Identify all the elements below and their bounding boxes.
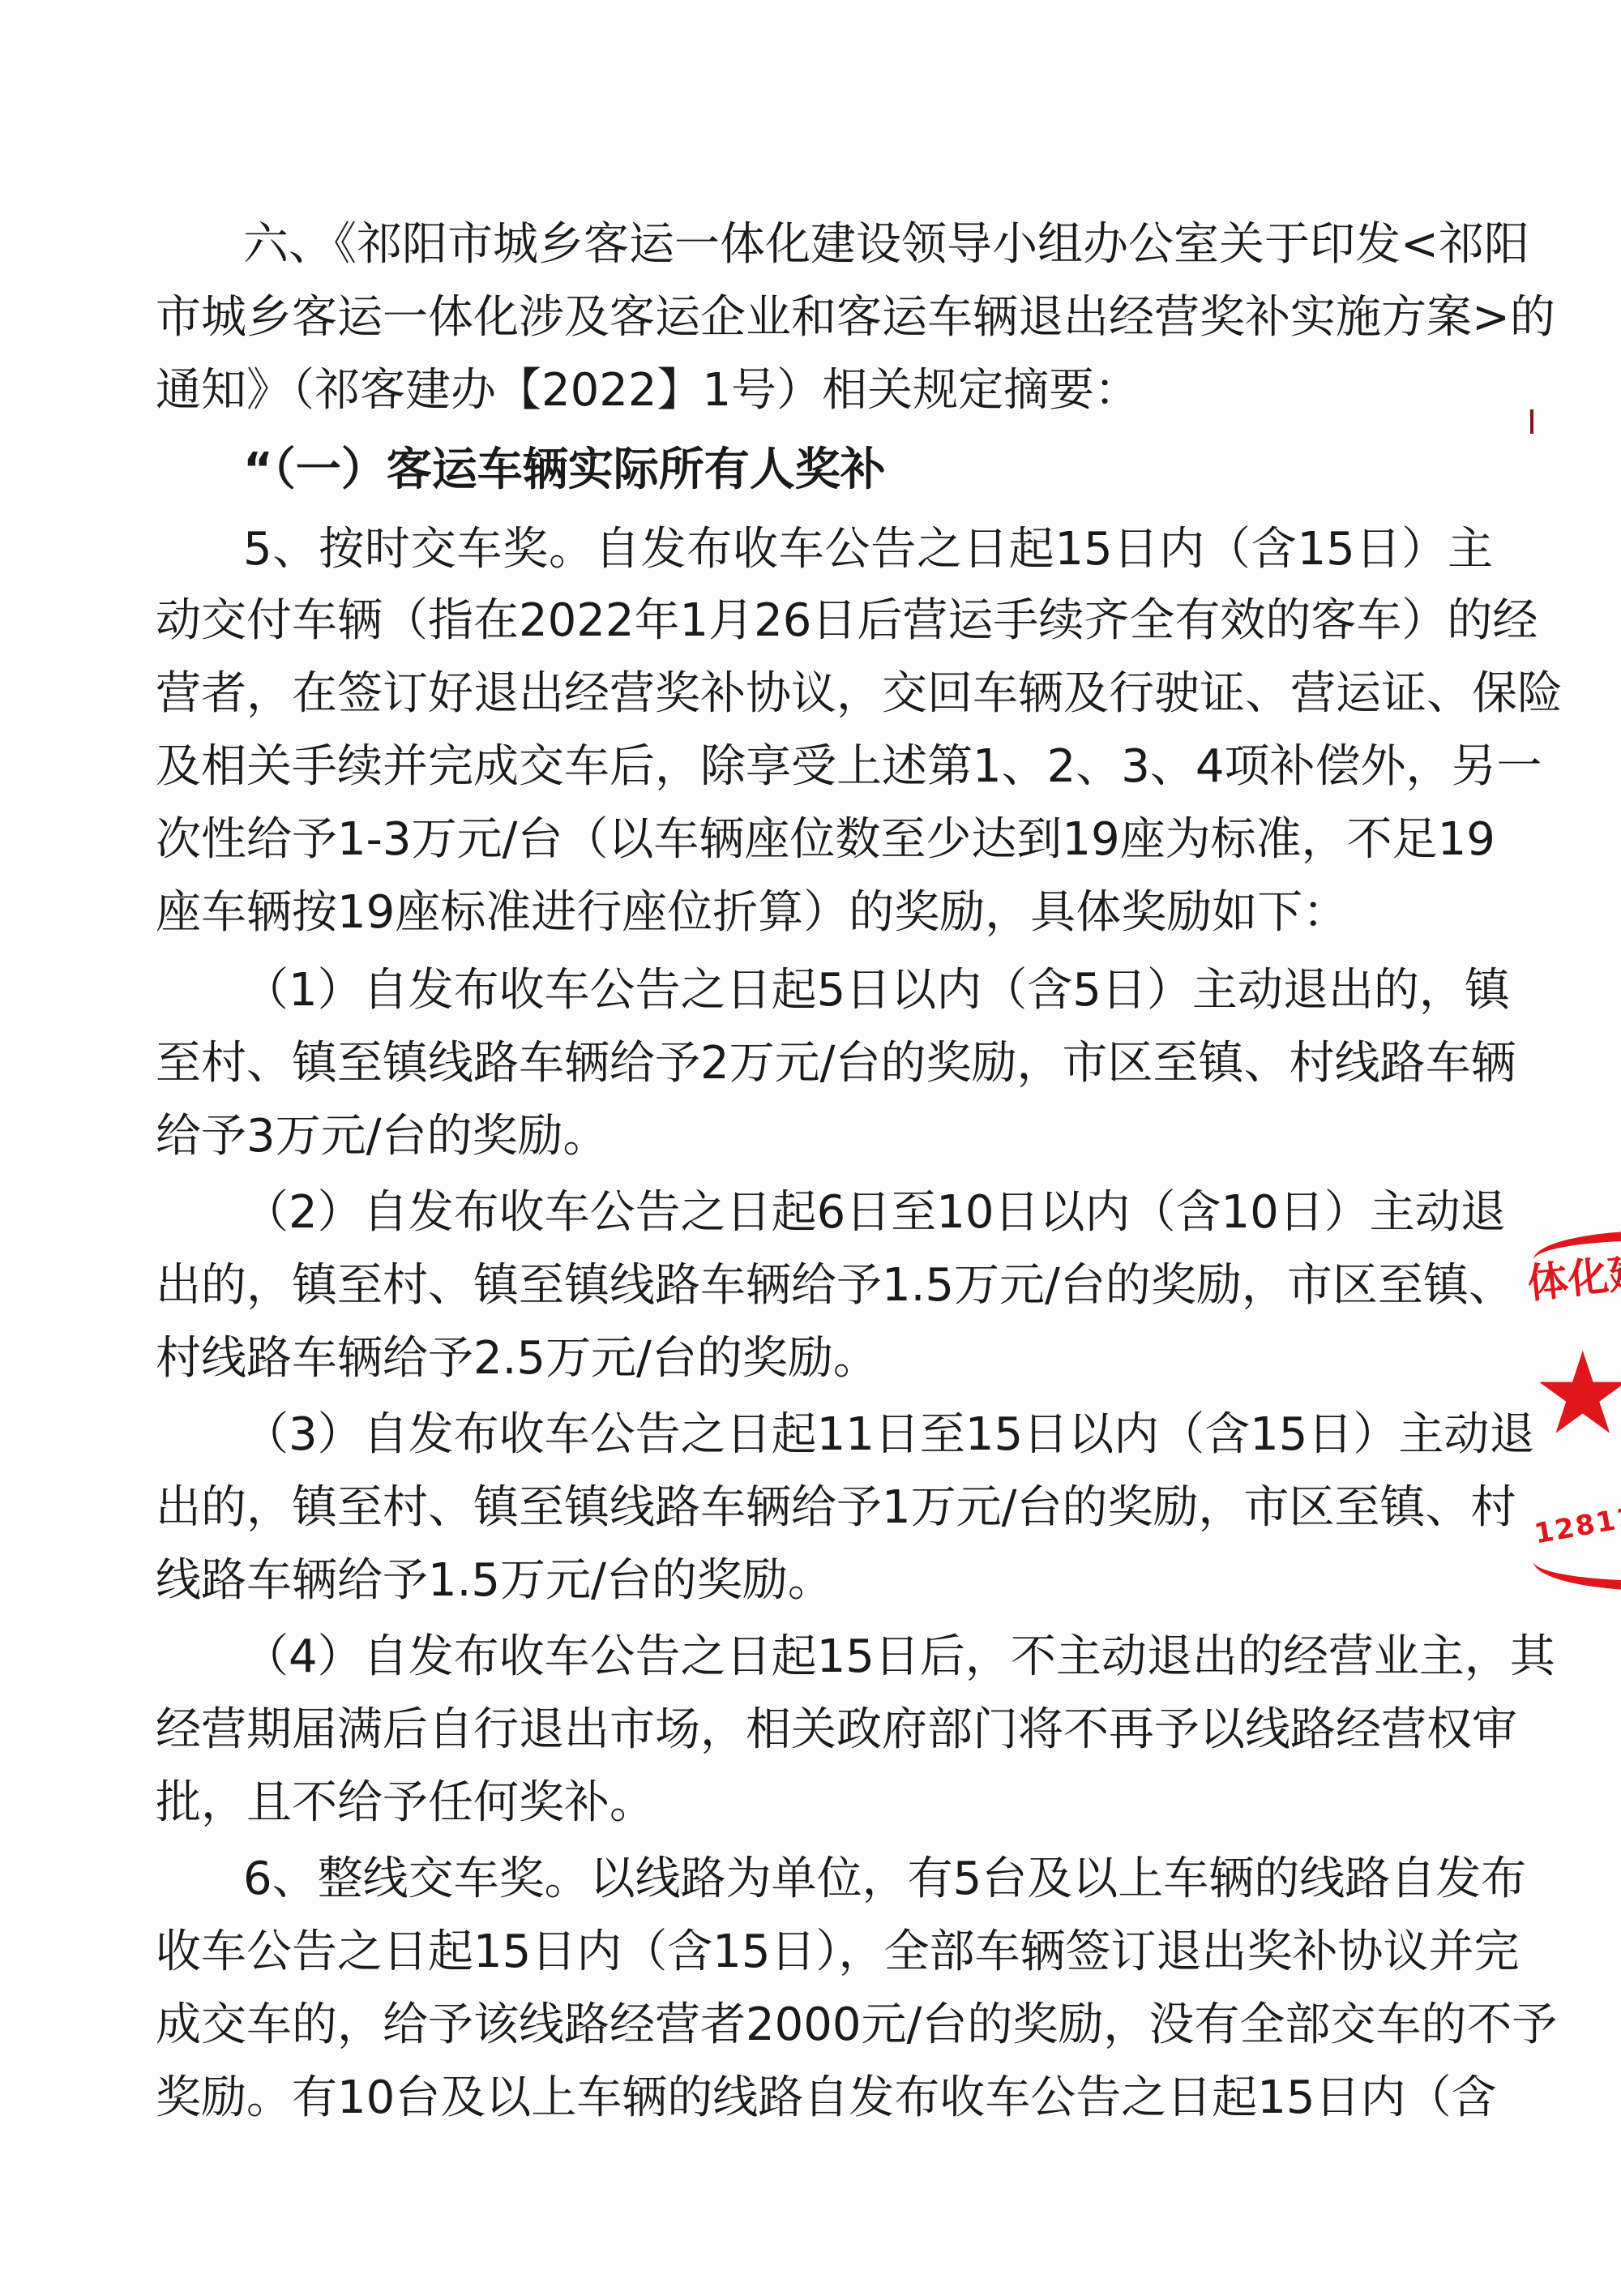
sub2-line-3: 村线路车辆给予2.5万元/台的奖励。 (156, 1326, 1493, 1391)
item5-line-1: 5、按时交车奖。自发布收车公告之日起15日内（含15日）主 (243, 517, 1493, 582)
section-heading-line-3: 通知》（祁客建办【2022】1号）相关规定摘要： (156, 358, 1493, 423)
subheading: “（一）客运车辆实际所有人奖补 (243, 438, 1580, 503)
sub4-line-2: 经营期届满后自行退出市场，相关政府部门将不再予以线路经营权审 (156, 1698, 1493, 1763)
section-heading-line-1: 六、《祁阳市城乡客运一体化建设领导小组办公室关于印发<祁阳 (243, 212, 1493, 277)
sub3-line-2: 出的，镇至村、镇至镇线路车辆给予1万元/台的奖励，市区至镇、村 (156, 1476, 1493, 1540)
seal-arc-bottom (1533, 1532, 1621, 1591)
margin-mark (1530, 409, 1533, 434)
sub1-line-2: 至村、镇至镇线路车辆给予2万元/台的奖励，市区至镇、村线路车辆 (156, 1031, 1493, 1096)
item6-line-1: 6、整线交车奖。以线路为单位，有5台及以上车辆的线路自发布 (243, 1847, 1493, 1912)
item6-line-3: 成交车的，给予该线路经营者2000元/台的奖励，没有全部交车的不予 (156, 1993, 1493, 2058)
item5-line-2: 动交付车辆（指在2022年1月26日后营运手续齐全有效的客车）的经 (156, 589, 1493, 653)
document-page: 六、《祁阳市城乡客运一体化建设领导小组办公室关于印发<祁阳 市城乡客运一体化涉及… (0, 0, 1621, 2296)
item6-line-2: 收车公告之日起15日内（含15日），全部车辆签订退出奖补协议并完 (156, 1920, 1493, 1985)
sub3-line-1: （3）自发布收车公告之日起11日至15日以内（含15日）主动退 (243, 1403, 1493, 1467)
star-icon: ★ (1532, 1338, 1621, 1451)
sub2-line-1: （2）自发布收车公告之日起6日至10日以内（含10日）主动退 (243, 1180, 1493, 1245)
section-heading-line-2: 市城乡客运一体化涉及客运企业和客运车辆退出经营奖补实施方案>的 (156, 285, 1493, 350)
sub4-line-3: 批，且不给予任何奖补。 (156, 1771, 1493, 1836)
seal-text: 体化建 (1525, 1239, 1621, 1309)
sub3-line-3: 线路车辆给予1.5万元/台的奖励。 (156, 1549, 1493, 1613)
sub4-line-1: （4）自发布收车公告之日起15日后，不主动退出的经营业主，其 (243, 1625, 1493, 1690)
sub2-line-2: 出的，镇至村、镇至镇线路车辆给予1.5万元/台的奖励，市区至镇、 (156, 1253, 1493, 1318)
official-seal: 体化建 ★ 12811007 (1516, 1216, 1621, 1621)
item5-line-5: 次性给予1-3万元/台（以车辆座位数至少达到19座为标准，不足19 (156, 807, 1493, 872)
item5-line-3: 营者，在签订好退出经营奖补协议，交回车辆及行驶证、营运证、保险 (156, 662, 1493, 726)
item5-line-6: 座车辆按19座标准进行座位折算）的奖励，具体奖励如下： (156, 880, 1493, 945)
sub1-line-3: 给予3万元/台的奖励。 (156, 1104, 1493, 1169)
item6-line-4: 奖励。有10台及以上车辆的线路自发布收车公告之日起15日内（含 (156, 2066, 1493, 2131)
sub1-line-1: （1）自发布收车公告之日起5日以内（含5日）主动退出的，镇 (243, 958, 1493, 1023)
item5-line-4: 及相关手续并完成交车后，除享受上述第1、2、3、4项补偿外，另一 (156, 735, 1493, 799)
